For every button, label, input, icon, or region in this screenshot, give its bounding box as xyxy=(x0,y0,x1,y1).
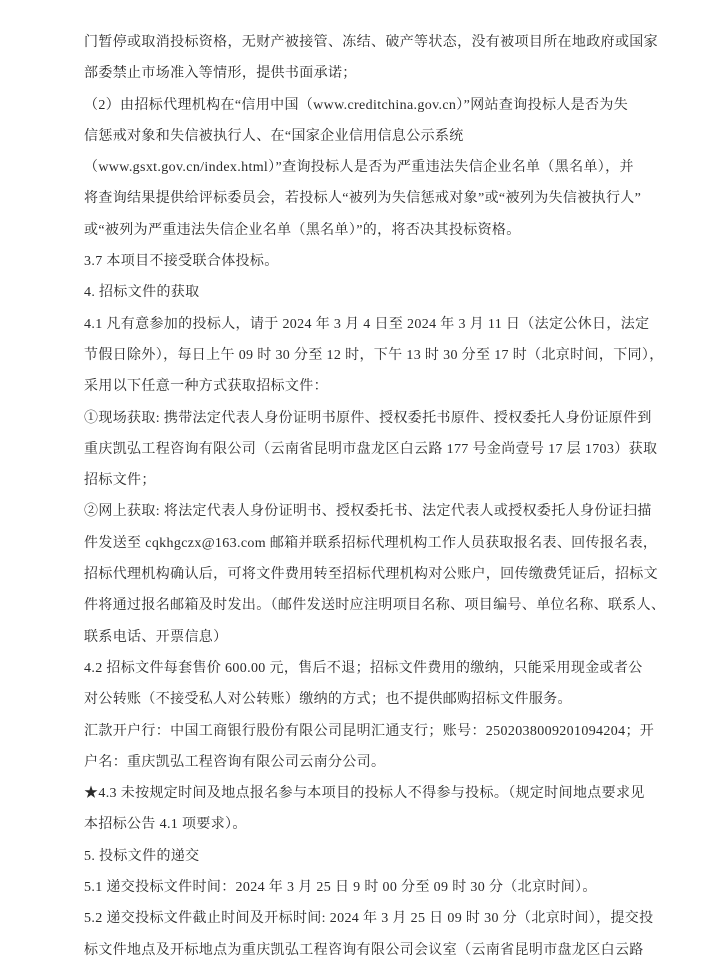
text-line: 户名：重庆凯弘工程咨询有限公司云南分公司。 xyxy=(84,747,632,778)
text-line: 采用以下任意一种方式获取招标文件： xyxy=(84,371,632,402)
text-line: 门暂停或取消投标资格，无财产被接管、冻结、破产等状态，没有被项目所在地政府或国家 xyxy=(84,27,632,58)
document-text-block: 门暂停或取消投标资格，无财产被接管、冻结、破产等状态，没有被项目所在地政府或国家… xyxy=(84,27,632,966)
text-line: 件发送至 cqkhgczx@163.com 邮箱并联系招标代理机构工作人员获取报… xyxy=(84,528,632,559)
text-line: 信惩戒对象和失信被执行人、在“国家企业信用信息公示系统 xyxy=(84,121,632,152)
text-line: （2）由招标代理机构在“信用中国（www.creditchina.gov.cn）… xyxy=(84,90,632,121)
text-line: 5.2 递交投标文件截止时间及开标时间: 2024 年 3 月 25 日 09 … xyxy=(84,903,632,934)
text-line: 招标代理机构确认后，可将文件费用转至招标代理机构对公账户，回传缴费凭证后，招标文 xyxy=(84,559,632,590)
text-line: 4. 招标文件的获取 xyxy=(84,277,632,308)
text-line: 汇款开户行：中国工商银行股份有限公司昆明汇通支行；账号：250203800920… xyxy=(84,716,632,747)
text-line: 4.2 招标文件每套售价 600.00 元，售后不退；招标文件费用的缴纳，只能采… xyxy=(84,653,632,684)
text-line: 招标文件； xyxy=(84,465,632,496)
text-line: 将查询结果提供给评标委员会，若投标人“被列为失信惩戒对象”或“被列为失信被执行人… xyxy=(84,183,632,214)
text-line: 部委禁止市场准入等情形，提供书面承诺； xyxy=(84,58,632,89)
text-line: 联系电话、开票信息） xyxy=(84,622,632,653)
text-line: 本招标公告 4.1 项要求）。 xyxy=(84,809,632,840)
text-line: 件将通过报名邮箱及时发出。（邮件发送时应注明项目名称、项目编号、单位名称、联系人… xyxy=(84,590,632,621)
text-line: ★4.3 未按规定时间及地点报名参与本项目的投标人不得参与投标。（规定时间地点要… xyxy=(84,778,632,809)
text-line: 重庆凯弘工程咨询有限公司（云南省昆明市盘龙区白云路 177 号金尚壹号 17 层… xyxy=(84,434,632,465)
text-line: 5. 投标文件的递交 xyxy=(84,841,632,872)
text-line: 对公转账（不接受私人对公转账）缴纳的方式；也不提供邮购招标文件服务。 xyxy=(84,684,632,715)
text-line: 或“被列为严重违法失信企业名单（黑名单）”的，将否决其投标资格。 xyxy=(84,215,632,246)
text-line: ①现场获取: 携带法定代表人身份证明书原件、授权委托书原件、授权委托人身份证原件… xyxy=(84,403,632,434)
text-line: ②网上获取: 将法定代表人身份证明书、授权委托书、法定代表人或授权委托人身份证扫… xyxy=(84,496,632,527)
text-line: 4.1 凡有意参加的投标人，请于 2024 年 3 月 4 日至 2024 年 … xyxy=(84,309,632,340)
text-line: 3.7 本项目不接受联合体投标。 xyxy=(84,246,632,277)
text-line: （www.gsxt.gov.cn/index.html）”查询投标人是否为严重违… xyxy=(84,152,632,183)
text-line: 标文件地点及开标地点为重庆凯弘工程咨询有限公司会议室（云南省昆明市盘龙区白云路 xyxy=(84,935,632,966)
text-line: 节假日除外），每日上午 09 时 30 分至 12 时，下午 13 时 30 分… xyxy=(84,340,632,371)
text-line: 5.1 递交投标文件时间：2024 年 3 月 25 日 9 时 00 分至 0… xyxy=(84,872,632,903)
document-page: 门暂停或取消投标资格，无财产被接管、冻结、破产等状态，没有被项目所在地政府或国家… xyxy=(0,0,711,967)
